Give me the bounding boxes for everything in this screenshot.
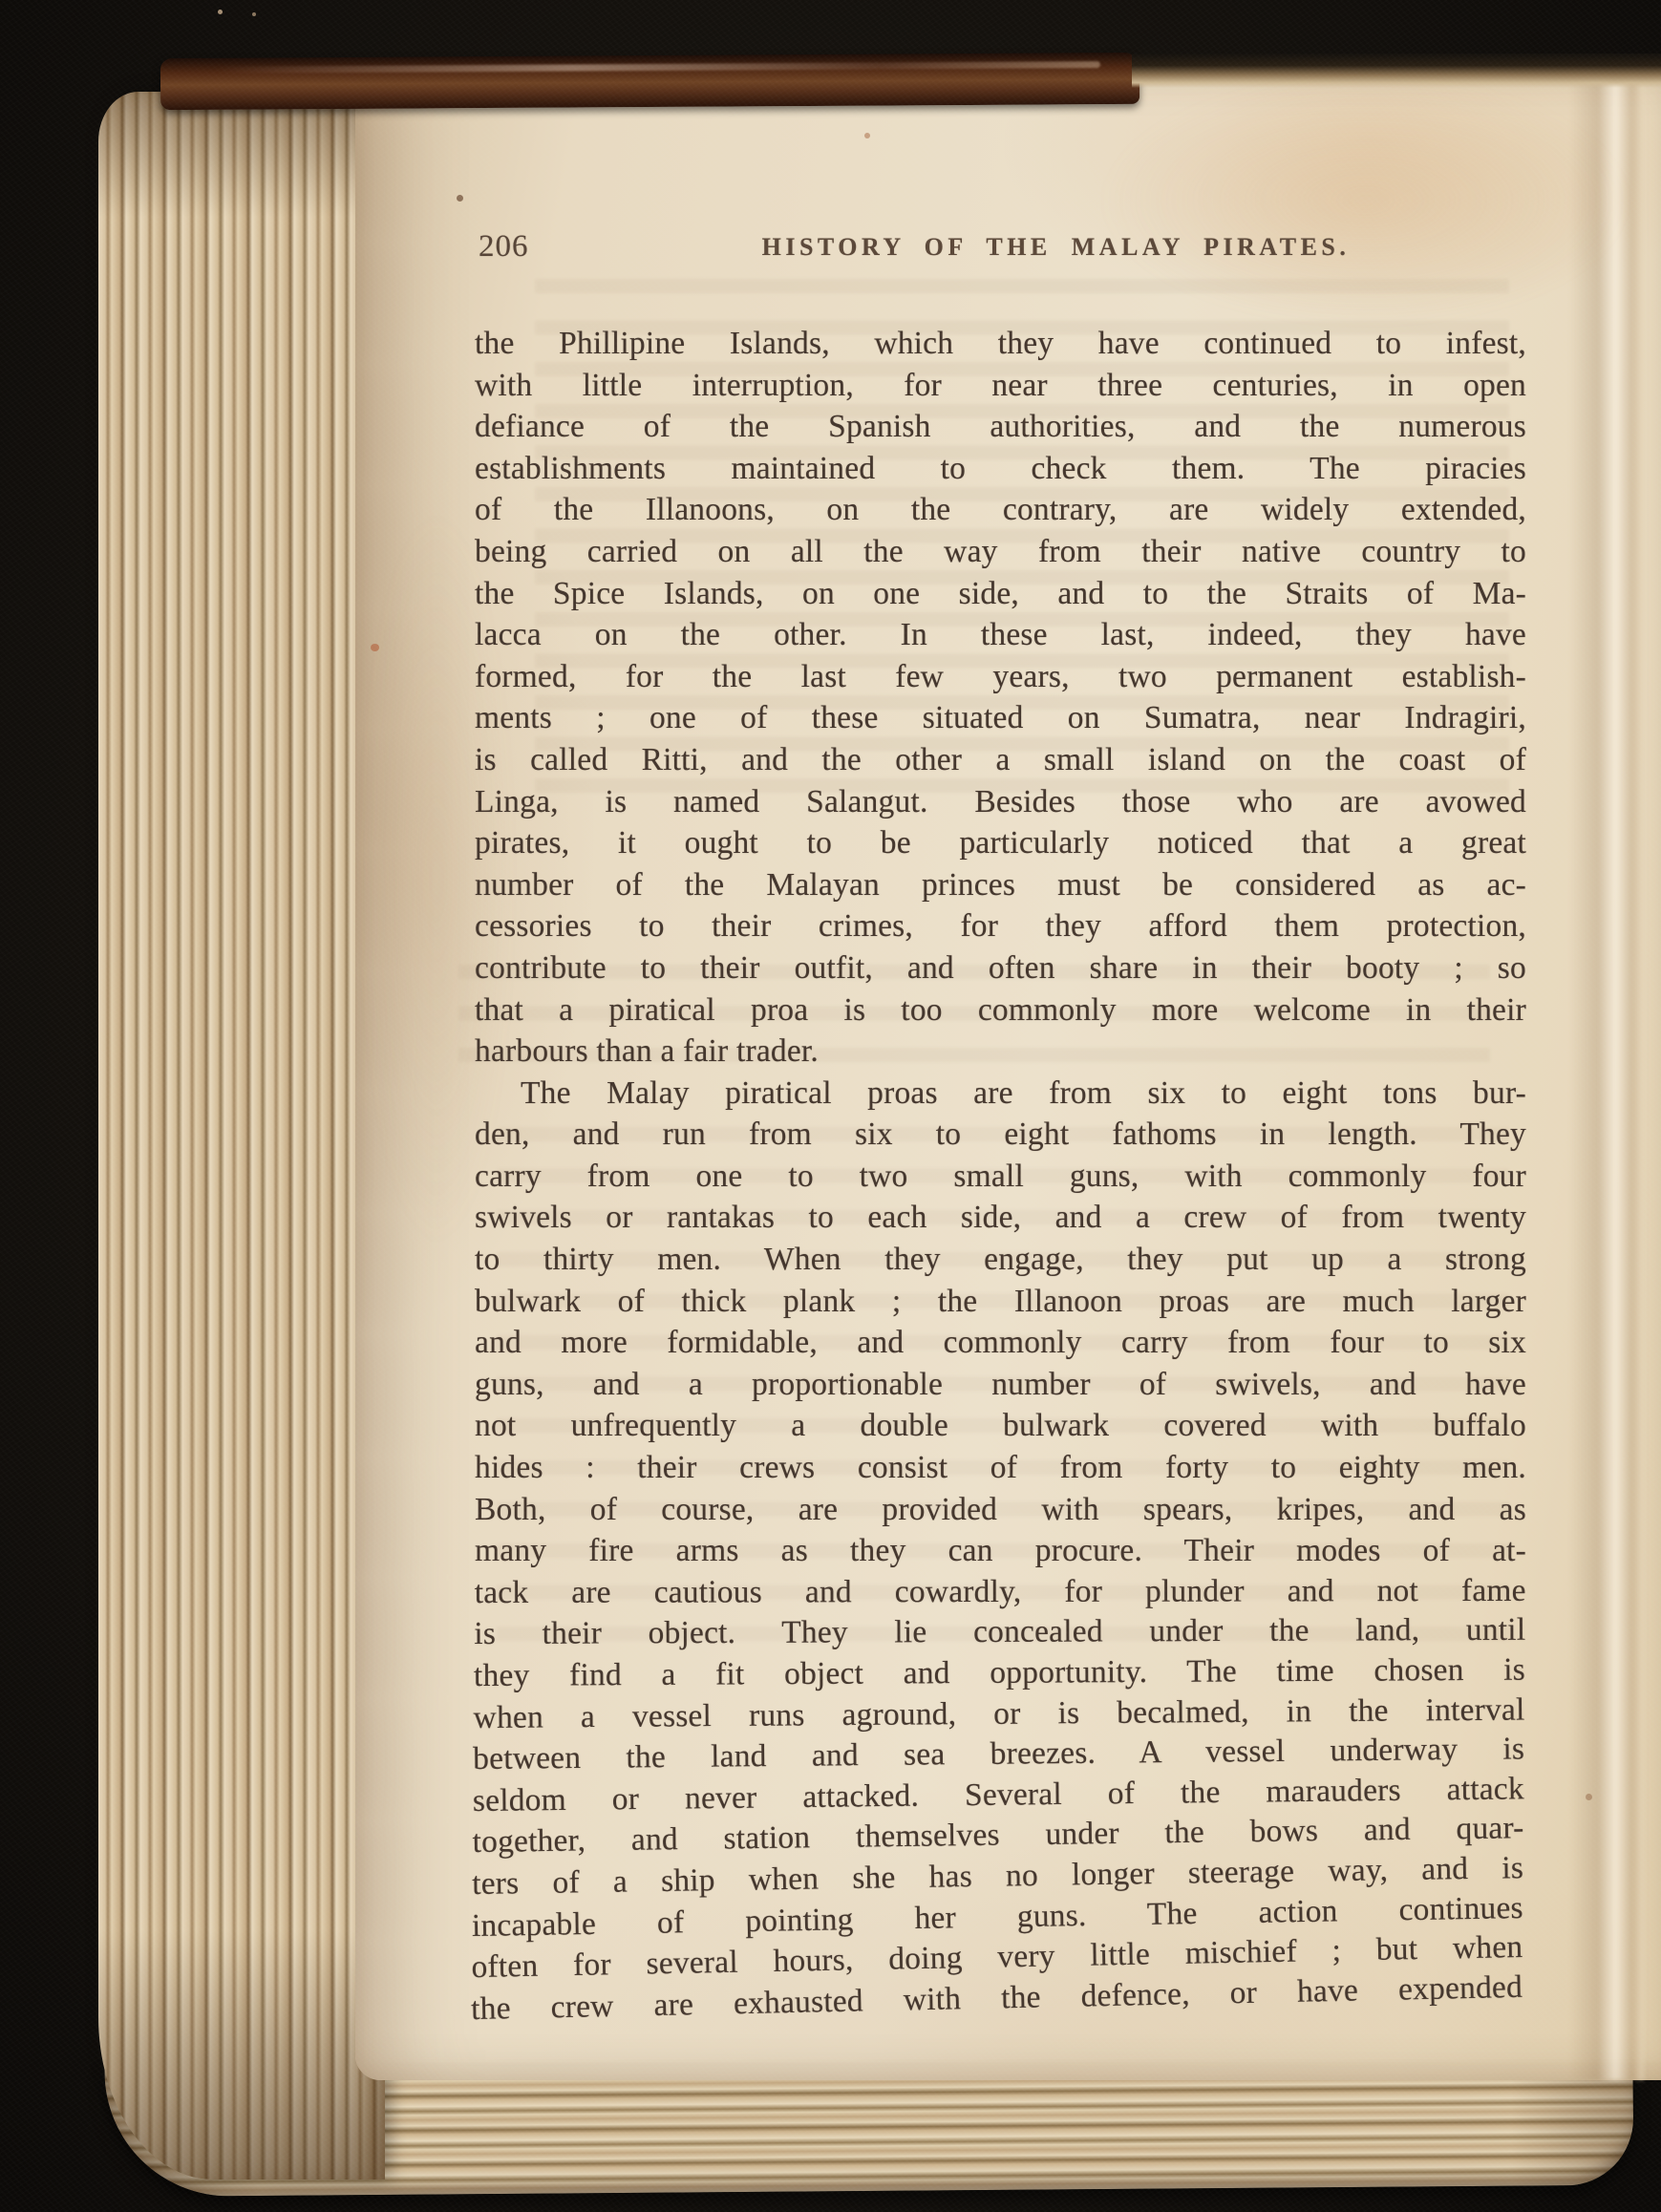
page-number: 206 xyxy=(479,229,529,265)
page-top-edge xyxy=(1132,53,1661,88)
text-line: is called Ritti, and the other a small i… xyxy=(475,739,1526,781)
stain-speck xyxy=(371,644,379,651)
text-line: the Phillipine Islands, which they have … xyxy=(475,323,1526,365)
text-line: lacca on the other. In these last, indee… xyxy=(475,614,1526,656)
text-line: Both, of course, are provided with spear… xyxy=(475,1489,1526,1531)
text-line: ments ; one of these situated on Sumatra… xyxy=(475,697,1526,739)
text-line: that a piratical proa is too commonly mo… xyxy=(475,989,1526,1032)
text-line: to thirty men. When they engage, they pu… xyxy=(475,1239,1526,1281)
text-line: The Malay piratical proas are from six t… xyxy=(475,1073,1526,1115)
text-line: carry from one to two small guns, with c… xyxy=(475,1156,1526,1198)
page-fold-right xyxy=(1569,63,1644,2080)
text-line: Linga, is named Salangut. Besides those … xyxy=(475,781,1526,823)
stain-speck xyxy=(1586,1794,1592,1800)
scanned-book-photo: 206 HISTORY OF THE MALAY PIRATES. the Ph… xyxy=(0,0,1661,2212)
stain-speck xyxy=(864,133,870,138)
text-line: hides : their crews consist of from fort… xyxy=(475,1447,1526,1489)
text-line: being carried on all the way from their … xyxy=(475,531,1526,573)
text-line: formed, for the last few years, two perm… xyxy=(475,656,1526,698)
text-line: tack are cautious and cowardly, for plun… xyxy=(475,1570,1526,1614)
text-line: defiance of the Spanish authorities, and… xyxy=(475,406,1526,448)
text-line: of the Illanoons, on the contrary, are w… xyxy=(475,489,1526,531)
running-header: 206 HISTORY OF THE MALAY PIRATES. xyxy=(475,227,1526,271)
text-line: many fire arms as they can procure. Thei… xyxy=(475,1530,1526,1572)
text-line: swivels or rantakas to each side, and a … xyxy=(475,1197,1526,1239)
text-line: establishments maintained to check them.… xyxy=(475,448,1526,490)
stain-speck xyxy=(457,195,463,202)
dust-speck xyxy=(252,12,256,16)
text-line: number of the Malayan princes must be co… xyxy=(475,864,1526,906)
text-line: contribute to their outfit, and often sh… xyxy=(475,947,1526,989)
text-line: bulwark of thick plank ; the Illanoon pr… xyxy=(475,1281,1526,1323)
text-line: with little interruption, for near three… xyxy=(475,365,1526,407)
body-text: the Phillipine Islands, which they have … xyxy=(475,323,1526,2030)
text-line: cessories to their crimes, for they affo… xyxy=(475,905,1526,947)
book-spine-top-edge xyxy=(160,53,1139,110)
text-line: is their object. They lie concealed unde… xyxy=(474,1609,1525,1655)
dust-speck xyxy=(218,10,223,14)
running-title: HISTORY OF THE MALAY PIRATES. xyxy=(762,233,1351,262)
text-line: the Spice Islands, on one side, and to t… xyxy=(475,573,1526,615)
text-line: pirates, it ought to be particularly not… xyxy=(475,822,1526,864)
text-line: guns, and a proportionable number of swi… xyxy=(475,1364,1526,1406)
text-line: and more formidable, and commonly carry … xyxy=(475,1322,1526,1364)
paragraph: The Malay piratical proas are from six t… xyxy=(475,1073,1526,2031)
text-line: not unfrequently a double bulwark covere… xyxy=(475,1405,1526,1447)
paragraph: the Phillipine Islands, which they have … xyxy=(475,323,1526,1073)
text-line: den, and run from six to eight fathoms i… xyxy=(475,1114,1526,1156)
text-line: harbours than a fair trader. xyxy=(475,1031,1526,1073)
page-stack-left-edge xyxy=(98,92,385,2180)
